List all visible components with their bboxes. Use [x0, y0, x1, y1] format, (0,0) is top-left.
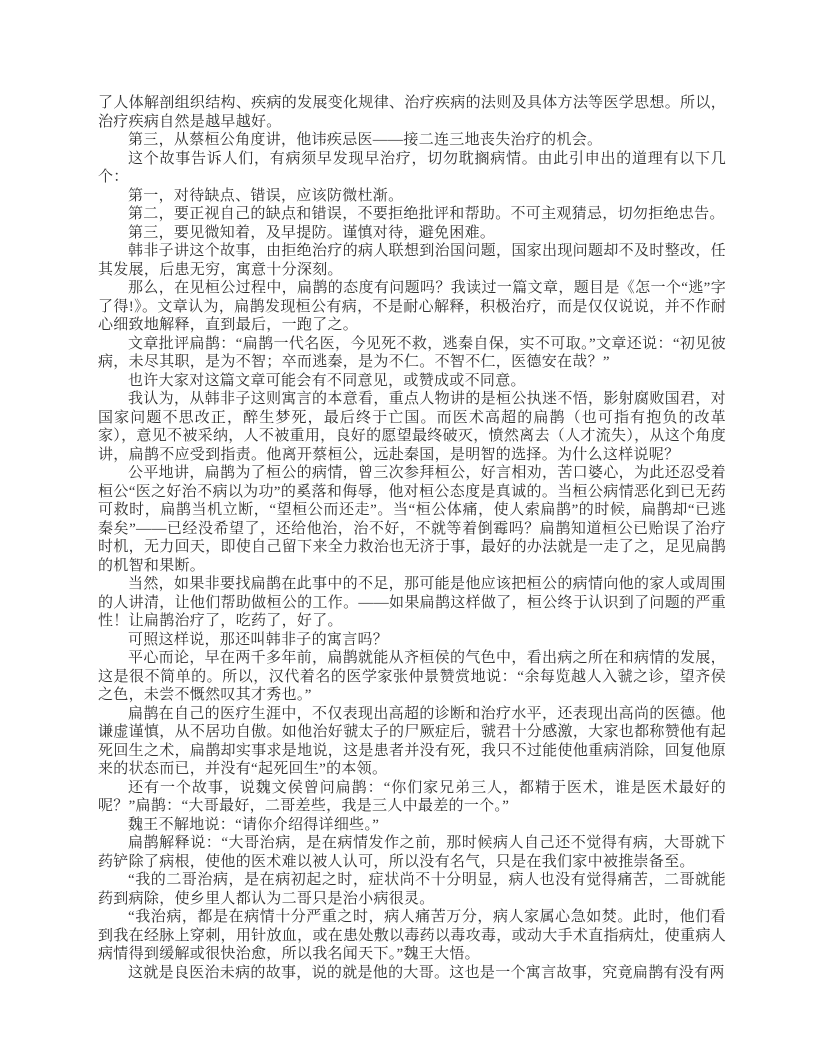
paragraph: 那么，在见桓公过程中，扁鹊的态度有问题吗？我读过一篇文章，题目是《怎一个“逃”字… — [98, 279, 726, 335]
paragraph: 公平地讲，扁鹊为了桓公的病情，曾三次参拜桓公，好言相劝，苦口婆心，为此还忍受着桓… — [98, 464, 726, 575]
paragraph: 这个故事告诉人们，有病须早发现早治疗，切勿耽搁病情。由此引申出的道理有以下几个： — [98, 150, 726, 187]
paragraph: 平心而论，早在两千多年前，扁鹊就能从齐桓侯的气色中，看出病之所在和病情的发展，这… — [98, 649, 726, 705]
paragraph: 第三，要见微知着，及早提防。谨慎对待，避免困难。 — [98, 224, 726, 243]
document-page: 了人体解剖组织结构、疾病的发展变化规律、治疗疾病的法则及具体方法等医学思想。所以… — [0, 0, 816, 1056]
paragraph: 了人体解剖组织结构、疾病的发展变化规律、治疗疾病的法则及具体方法等医学思想。所以… — [98, 94, 726, 131]
paragraph: “我的二哥治病，是在病初起之时，症状尚不十分明显，病人也没有觉得痛苦，二哥就能药… — [98, 871, 726, 908]
paragraph: 第三，从蔡桓公角度讲，他讳疾忌医——接二连三地丧失治疗的机会。 — [98, 131, 726, 150]
document-body: 了人体解剖组织结构、疾病的发展变化规律、治疗疾病的法则及具体方法等医学思想。所以… — [98, 94, 726, 982]
paragraph: 扁鹊解释说：“大哥治病，是在病情发作之前，那时候病人自己还不觉得有病，大哥就下药… — [98, 834, 726, 871]
paragraph: 我认为，从韩非子这则寓言的本意看，重点人物讲的是桓公执迷不悟，影射腐败国君，对国… — [98, 390, 726, 464]
paragraph: 也许大家对这篇文章可能会有不同意见，或赞成或不同意。 — [98, 372, 726, 391]
paragraph: 文章批评扁鹊：“扁鹊一代名医，今见死不救，逃秦自保，实不可取。”文章还说：“初见… — [98, 335, 726, 372]
paragraph: 这就是良医治未病的故事，说的就是他的大哥。这也是一个寓言故事，究竟扁鹊有没有两 — [98, 964, 726, 983]
paragraph: 扁鹊在自己的医疗生涯中，不仅表现出高超的诊断和治疗水平，还表现出高尚的医德。他谦… — [98, 705, 726, 779]
paragraph: 第二，要正视自己的缺点和错误，不要拒绝批评和帮助。不可主观猜忌，切勿拒绝忠告。 — [98, 205, 726, 224]
paragraph: 魏王不解地说：“请你介绍得详细些。” — [98, 816, 726, 835]
paragraph: 第一，对待缺点、错误，应该防微杜渐。 — [98, 187, 726, 206]
paragraph: 可照这样说，那还叫韩非子的寓言吗？ — [98, 631, 726, 650]
paragraph: 当然，如果非要找扁鹊在此事中的不足，那可能是他应该把桓公的病情向他的家人或周围的… — [98, 575, 726, 631]
paragraph: 还有一个故事，说魏文侯曾问扁鹊：“你们家兄弟三人，都精于医术，谁是医术最好的呢？… — [98, 779, 726, 816]
paragraph: “我治病，都是在病情十分严重之时，病人痛苦万分，病人家属心急如焚。此时，他们看到… — [98, 908, 726, 964]
paragraph: 韩非子讲这个故事，由拒绝治疗的病人联想到治国问题，国家出现问题却不及时整改，任其… — [98, 242, 726, 279]
